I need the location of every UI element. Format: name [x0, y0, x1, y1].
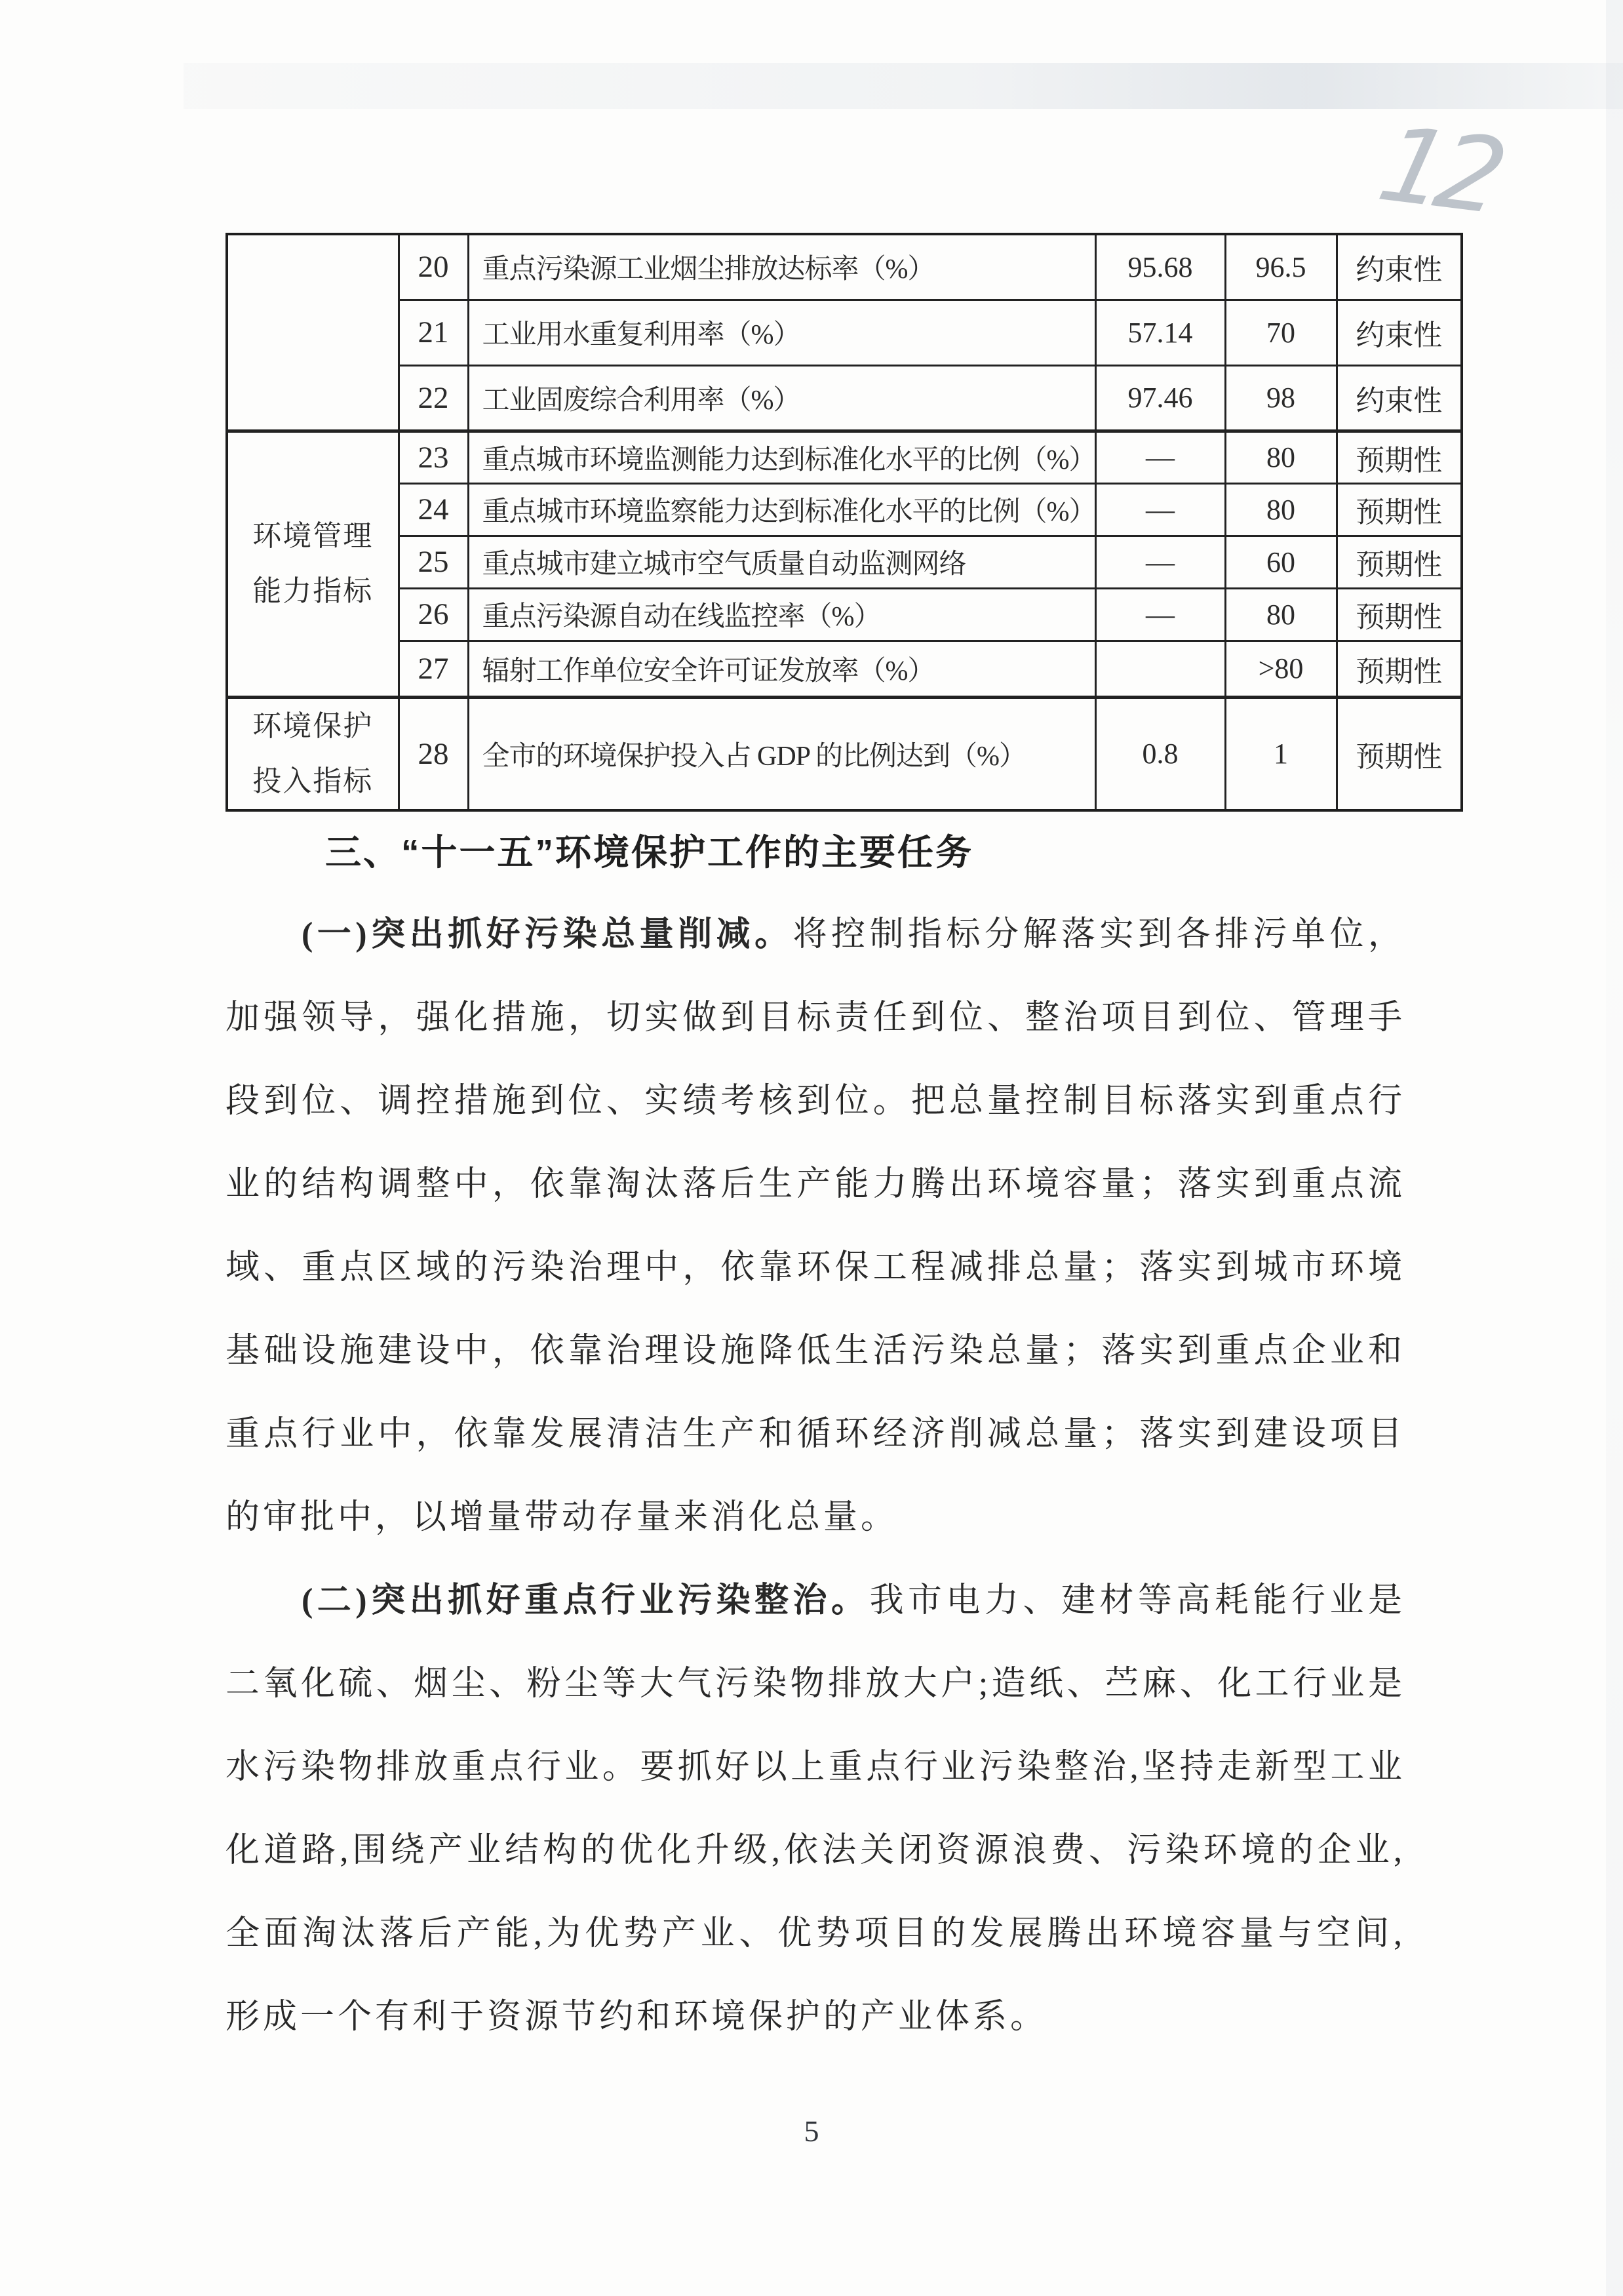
attribute-type: 约束性	[1337, 234, 1462, 300]
indicator-name: 重点污染源自动在线监控率（%）	[468, 588, 1095, 641]
row-group-label-line: 投入指标	[228, 754, 398, 809]
row-number: 26	[399, 588, 468, 641]
indicator-name: 重点污染源工业烟尘排放达标率（%）	[468, 234, 1095, 300]
target-value: 80	[1225, 431, 1337, 483]
table-row: 26重点污染源自动在线监控率（%）—80预期性	[227, 588, 1462, 641]
row-group-label: 环境管理能力指标	[227, 431, 399, 697]
indicator-name: 重点城市建立城市空气质量自动监测网络	[468, 536, 1095, 588]
row-number: 20	[399, 234, 468, 300]
current-value: —	[1095, 588, 1225, 641]
paragraph-2-lead: (二)突出抓好重点行业污染整治。	[302, 1582, 870, 1619]
target-value: 70	[1225, 300, 1337, 365]
target-value: 80	[1225, 483, 1337, 536]
table-row: 环境保护投入指标28全市的环境保护投入占 GDP 的比例达到（%）0.81预期性	[227, 697, 1462, 810]
page-number: 5	[0, 2114, 1623, 2148]
indicator-name: 工业固废综合利用率（%）	[468, 365, 1095, 431]
current-value: 0.8	[1095, 697, 1225, 810]
indicator-name: 工业用水重复利用率（%）	[468, 300, 1095, 365]
attribute-type: 预期性	[1337, 641, 1462, 697]
attribute-type: 预期性	[1337, 536, 1462, 588]
paragraph-2-body: 我市电力、建材等高耗能行业是二氧化硫、烟尘、粉尘等大气污染物排放大户;造纸、苎麻…	[225, 1582, 1405, 2036]
target-value: 96.5	[1225, 234, 1337, 300]
row-group-label-line: 环境管理	[228, 509, 398, 564]
indicator-name: 辐射工作单位安全许可证发放率（%）	[468, 641, 1095, 697]
table-row: 25重点城市建立城市空气质量自动监测网络—60预期性	[227, 536, 1462, 588]
paragraph-1: (一)突出抓好污染总量削减。将控制指标分解落实到各排污单位，加强领导，强化措施，…	[225, 893, 1405, 1559]
document-page: 12 20重点污染源工业烟尘排放达标率（%）95.6896.5约束性21工业用水…	[0, 0, 1623, 2296]
row-number: 27	[399, 641, 468, 697]
current-value: —	[1095, 536, 1225, 588]
indicator-name: 重点城市环境监察能力达到标准化水平的比例（%）	[468, 483, 1095, 536]
attribute-type: 约束性	[1337, 365, 1462, 431]
attribute-type: 预期性	[1337, 697, 1462, 810]
attribute-type: 预期性	[1337, 588, 1462, 641]
current-value: —	[1095, 431, 1225, 483]
table-row: 22工业固废综合利用率（%）97.4698约束性	[227, 365, 1462, 431]
attribute-type: 预期性	[1337, 431, 1462, 483]
attribute-type: 预期性	[1337, 483, 1462, 536]
current-value: —	[1095, 483, 1225, 536]
scan-edge-shadow	[1606, 0, 1623, 2296]
section-heading: 三、“十一五”环境保护工作的主要任务	[325, 826, 1460, 879]
table-row: 24重点城市环境监察能力达到标准化水平的比例（%）—80预期性	[227, 483, 1462, 536]
row-group-label-line: 环境保护	[228, 699, 398, 754]
row-number: 22	[399, 365, 468, 431]
paragraph-1-body: 将控制指标分解落实到各排污单位，加强领导，强化措施，切实做到目标责任到位、整治项…	[225, 916, 1405, 1536]
table-row: 20重点污染源工业烟尘排放达标率（%）95.6896.5约束性	[227, 234, 1462, 300]
handwritten-page-note: 12	[1369, 104, 1508, 236]
target-value: 1	[1225, 697, 1337, 810]
indicator-name: 重点城市环境监测能力达到标准化水平的比例（%）	[468, 431, 1095, 483]
table-row: 21工业用水重复利用率（%）57.1470约束性	[227, 300, 1462, 365]
target-value: 98	[1225, 365, 1337, 431]
current-value: 95.68	[1095, 234, 1225, 300]
target-value: >80	[1225, 641, 1337, 697]
row-number: 25	[399, 536, 468, 588]
row-group-label-line: 能力指标	[228, 564, 398, 619]
indicator-table: 20重点污染源工业烟尘排放达标率（%）95.6896.5约束性21工业用水重复利…	[225, 233, 1463, 812]
table-row: 27辐射工作单位安全许可证发放率（%）>80预期性	[227, 641, 1462, 697]
paragraph-1-lead: (一)突出抓好污染总量削减。	[302, 916, 793, 953]
table-row: 环境管理能力指标23重点城市环境监测能力达到标准化水平的比例（%）—80预期性	[227, 431, 1462, 483]
row-number: 28	[399, 697, 468, 810]
current-value	[1095, 641, 1225, 697]
row-number: 24	[399, 483, 468, 536]
target-value: 80	[1225, 588, 1337, 641]
paragraph-2: (二)突出抓好重点行业污染整治。我市电力、建材等高耗能行业是二氧化硫、烟尘、粉尘…	[225, 1559, 1405, 2059]
row-group-label	[227, 234, 399, 431]
attribute-type: 约束性	[1337, 300, 1462, 365]
row-number: 21	[399, 300, 468, 365]
indicator-name: 全市的环境保护投入占 GDP 的比例达到（%）	[468, 697, 1095, 810]
page-content: 20重点污染源工业烟尘排放达标率（%）95.6896.5约束性21工业用水重复利…	[225, 233, 1460, 2059]
row-group-label: 环境保护投入指标	[227, 697, 399, 810]
target-value: 60	[1225, 536, 1337, 588]
indicator-table-body: 20重点污染源工业烟尘排放达标率（%）95.6896.5约束性21工业用水重复利…	[227, 234, 1462, 810]
current-value: 97.46	[1095, 365, 1225, 431]
scan-noise-band	[184, 63, 1623, 109]
current-value: 57.14	[1095, 300, 1225, 365]
row-number: 23	[399, 431, 468, 483]
